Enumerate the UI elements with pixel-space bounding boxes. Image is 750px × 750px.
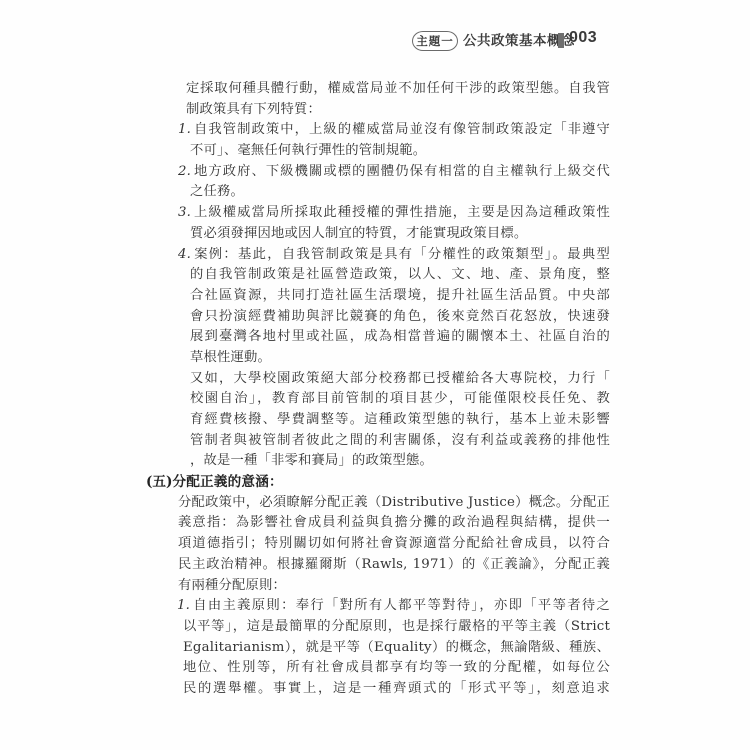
text-line: 校園自治」，教育部目前管制的項目甚少，可能僅限校長任免、教 (190, 389, 610, 410)
text-line: 4.案例：基此，自我管制政策是具有「分權性的政策類型」。最典型 (178, 245, 610, 266)
list-item-number: 1. (178, 122, 193, 137)
text-line: Egalitarianism），就是平等（Equality）的概念，無論階級、種… (183, 638, 610, 659)
text-line: 義意指：為影響社會成員利益與負擔分攤的政治過程與結構，提供一 (178, 513, 610, 534)
line-text: 地方政府、下級機關或標的團體仍保有相當的自主權執行上級交代 (193, 164, 610, 179)
line-text: 自由主義原則：奉行「對所有人都平等對待」，亦即「平等者待之 (192, 598, 610, 613)
list-item-number: 4. (178, 247, 193, 262)
text-line: 育經費核撥、學費調整等。這種政策型態的執行，基本上並未影響 (190, 410, 610, 431)
text-line: ，故是一種「非零和賽局」的政策型態。 (190, 451, 610, 472)
text-line: 展到臺灣各地村里或社區，成為相當普遍的關懷本土、社區自治的 (190, 327, 610, 348)
text-line: 地位、性別等，所有社會成員都享有均等一致的分配權，如每位公 (183, 658, 610, 679)
text-line: 分配政策中，必須瞭解分配正義（Distributive Justice）概念。分… (178, 493, 610, 514)
page-number-bar-icon (558, 33, 564, 48)
text-line: 不可」、毫無任何執行彈性的管制規範。 (190, 141, 610, 162)
text-line: 草根性運動。 (190, 348, 610, 369)
text-line: 管制者與被管制者彼此之間的利害關係，沒有利益或義務的排他性 (190, 431, 610, 452)
line-text: 自我管制政策中，上級的權威當局並沒有像管制政策設定「非遵守 (193, 122, 610, 137)
list-item-number: 2. (178, 164, 193, 179)
line-text: 分配正義的意涵： (172, 474, 282, 490)
text-line: 質必須發揮因地或因人制宜的特質，才能實現政策目標。 (190, 224, 610, 245)
text-line: 以平等」，這是最簡單的分配原則，也是採行嚴格的平等主義（Strict (183, 617, 610, 638)
text-line: 3.上級權威當局所採取此種授權的彈性措施，主要是因為這種政策性 (178, 203, 610, 224)
text-line: 定採取何種具體行動，權威當局並不加任何干涉的政策型態。自我管 (186, 79, 610, 100)
text-line: 有兩種分配原則： (178, 576, 610, 597)
text-line: 會只扮演經費補助與評比競賽的角色，後來竟然百花怒放，快速發 (190, 307, 610, 328)
section-heading: (五)分配正義的意涵： (146, 472, 610, 493)
chapter-badge: 主題一 (412, 31, 458, 51)
text-line: 制政策具有下列特質： (186, 100, 610, 121)
text-line: 項道德指引；特別關切如何將社會資源適當分配給社會成員，以符合 (178, 534, 610, 555)
text-line: 1.自我管制政策中，上級的權威當局並沒有像管制政策設定「非遵守 (178, 120, 610, 141)
text-line: 合社區資源，共同打造社區生活環境，提升社區生活品質。中央部 (190, 286, 610, 307)
text-line: 的自我管制政策是社區營造政策，以人、文、地、產、景角度，整 (190, 265, 610, 286)
list-item-number: 3. (178, 205, 193, 220)
text-line: 之任務。 (190, 182, 610, 203)
text-line: 民主政治精神。根據羅爾斯（Rawls, 1971）的《正義論》，分配正義 (178, 555, 610, 576)
body-text: 定採取何種具體行動，權威當局並不加任何干涉的政策型態。自我管制政策具有下列特質：… (0, 79, 750, 700)
page-number: 003 (569, 29, 597, 47)
text-line: 2.地方政府、下級機關或標的團體仍保有相當的自主權執行上級交代 (178, 162, 610, 183)
text-line: 民的選舉權。事實上，這是一種齊頭式的「形式平等」，刻意追求 (183, 679, 610, 700)
line-text: 上級權威當局所採取此種授權的彈性措施，主要是因為這種政策性 (193, 205, 610, 220)
text-line: 1.自由主義原則：奉行「對所有人都平等對待」，亦即「平等者待之 (177, 596, 610, 617)
line-text: 案例：基此，自我管制政策是具有「分權性的政策類型」。最典型 (193, 247, 610, 262)
text-line: 又如，大學校園政策絕大部分校務都已授權給各大專院校，力行「 (190, 369, 610, 390)
book-page: 主題一 公共政策基本概念 003 定採取何種具體行動，權威當局並不加任何干涉的政… (0, 0, 750, 750)
list-item-number: 1. (177, 598, 192, 613)
page-header: 主題一 公共政策基本概念 003 (0, 0, 750, 70)
section-number: (五) (146, 474, 172, 490)
